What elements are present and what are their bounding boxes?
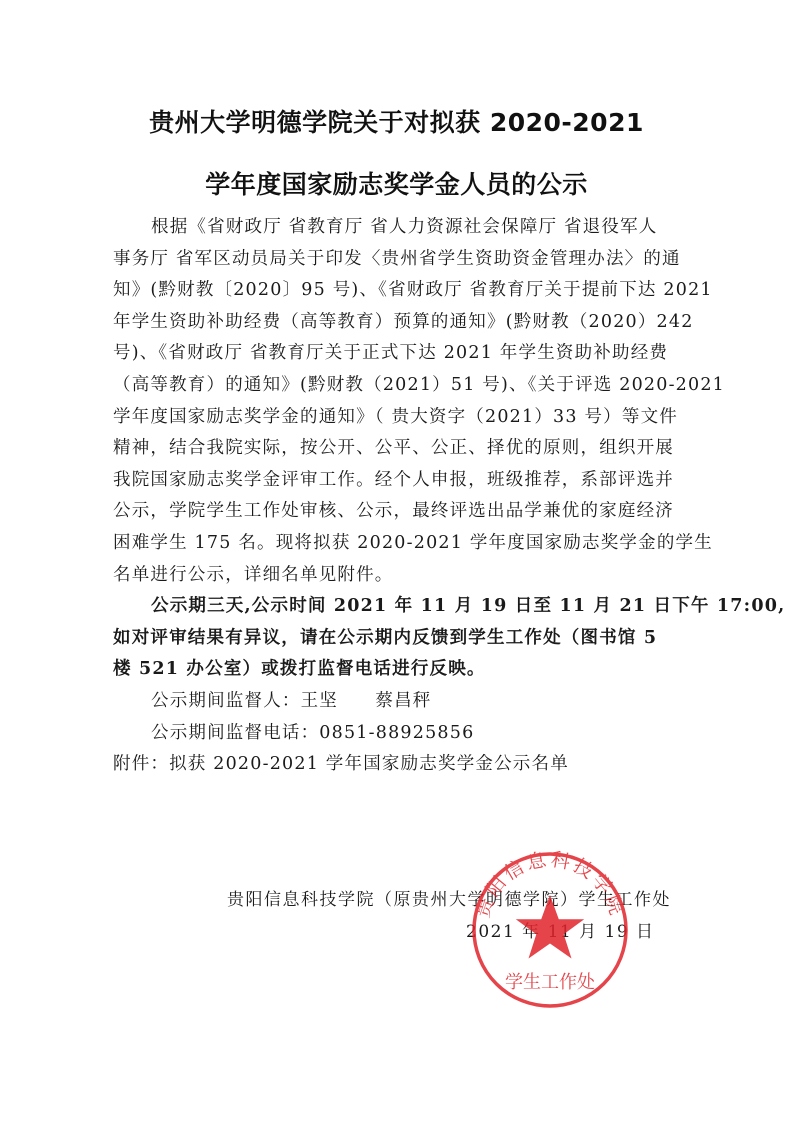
paragraph-2-line: 楼 521 办公室）或拨打监督电话进行反映。 — [113, 654, 675, 686]
document-title-line-2: 学年度国家励志奖学金人员的公示 — [0, 165, 793, 201]
paragraph-2-line: 公示期三天,公示时间 2021 年 11 月 19 日至 11 月 21 日下午… — [113, 591, 675, 623]
paragraph-1-line: 根据《省财政厅 省教育厅 省人力资源社会保障厅 省退役军人 — [113, 212, 675, 244]
svg-text:学生工作处: 学生工作处 — [505, 972, 595, 993]
phone-line: 公示期间监督电话：0851-88925856 — [113, 718, 675, 750]
paragraph-1-line: 我院国家励志奖学金评审工作。经个人申报，班级推荐，系部评选并 — [113, 465, 675, 497]
signature-organization: 贵阳信息科技学院（原贵州大学明德学院）学生工作处 — [227, 885, 671, 910]
attachment-line: 附件：拟获 2020-2021 学年国家励志奖学金公示名单 — [113, 749, 675, 781]
paragraph-1-line: 名单进行公示，详细名单见附件。 — [113, 560, 675, 592]
paragraph-1-line: 知》(黔财教〔2020〕95 号)、《省财政厅 省教育厅关于提前下达 2021 — [113, 275, 675, 307]
signature-date: 2021 年 11 月 19 日 — [466, 917, 655, 942]
paragraph-1-line: 年学生资助补助经费（高等教育）预算的通知》(黔财教（2020）242 — [113, 307, 675, 339]
document-body: 根据《省财政厅 省教育厅 省人力资源社会保障厅 省退役军人 事务厅 省军区动员局… — [113, 212, 675, 781]
paragraph-1-line: 事务厅 省军区动员局关于印发〈贵州省学生资助资金管理办法〉的通 — [113, 244, 675, 276]
document-title-line-1: 贵州大学明德学院关于对拟获 2020-2021 — [0, 103, 793, 139]
paragraph-1-line: 公示，学院学生工作处审核、公示，最终评选出品学兼优的家庭经济 — [113, 496, 675, 528]
paragraph-1-line: （高等教育）的通知》(黔财教（2021）51 号)、《关于评选 2020-202… — [113, 370, 675, 402]
paragraph-1-line: 困难学生 175 名。现将拟获 2020-2021 学年度国家励志奖学金的学生 — [113, 528, 675, 560]
paragraph-2-line: 如对评审结果有异议，请在公示期内反馈到学生工作处（图书馆 5 — [113, 623, 675, 655]
paragraph-1-line: 学年度国家励志奖学金的通知》（ 贵大资字（2021）33 号）等文件 — [113, 402, 675, 434]
supervisors-line: 公示期间监督人：王坚 蔡昌秤 — [113, 686, 675, 718]
paragraph-1-line: 精神，结合我院实际，按公开、公平、公正、择优的原则，组织开展 — [113, 433, 675, 465]
paragraph-1-line: 号)、《省财政厅 省教育厅关于正式下达 2021 年学生资助补助经费 — [113, 338, 675, 370]
